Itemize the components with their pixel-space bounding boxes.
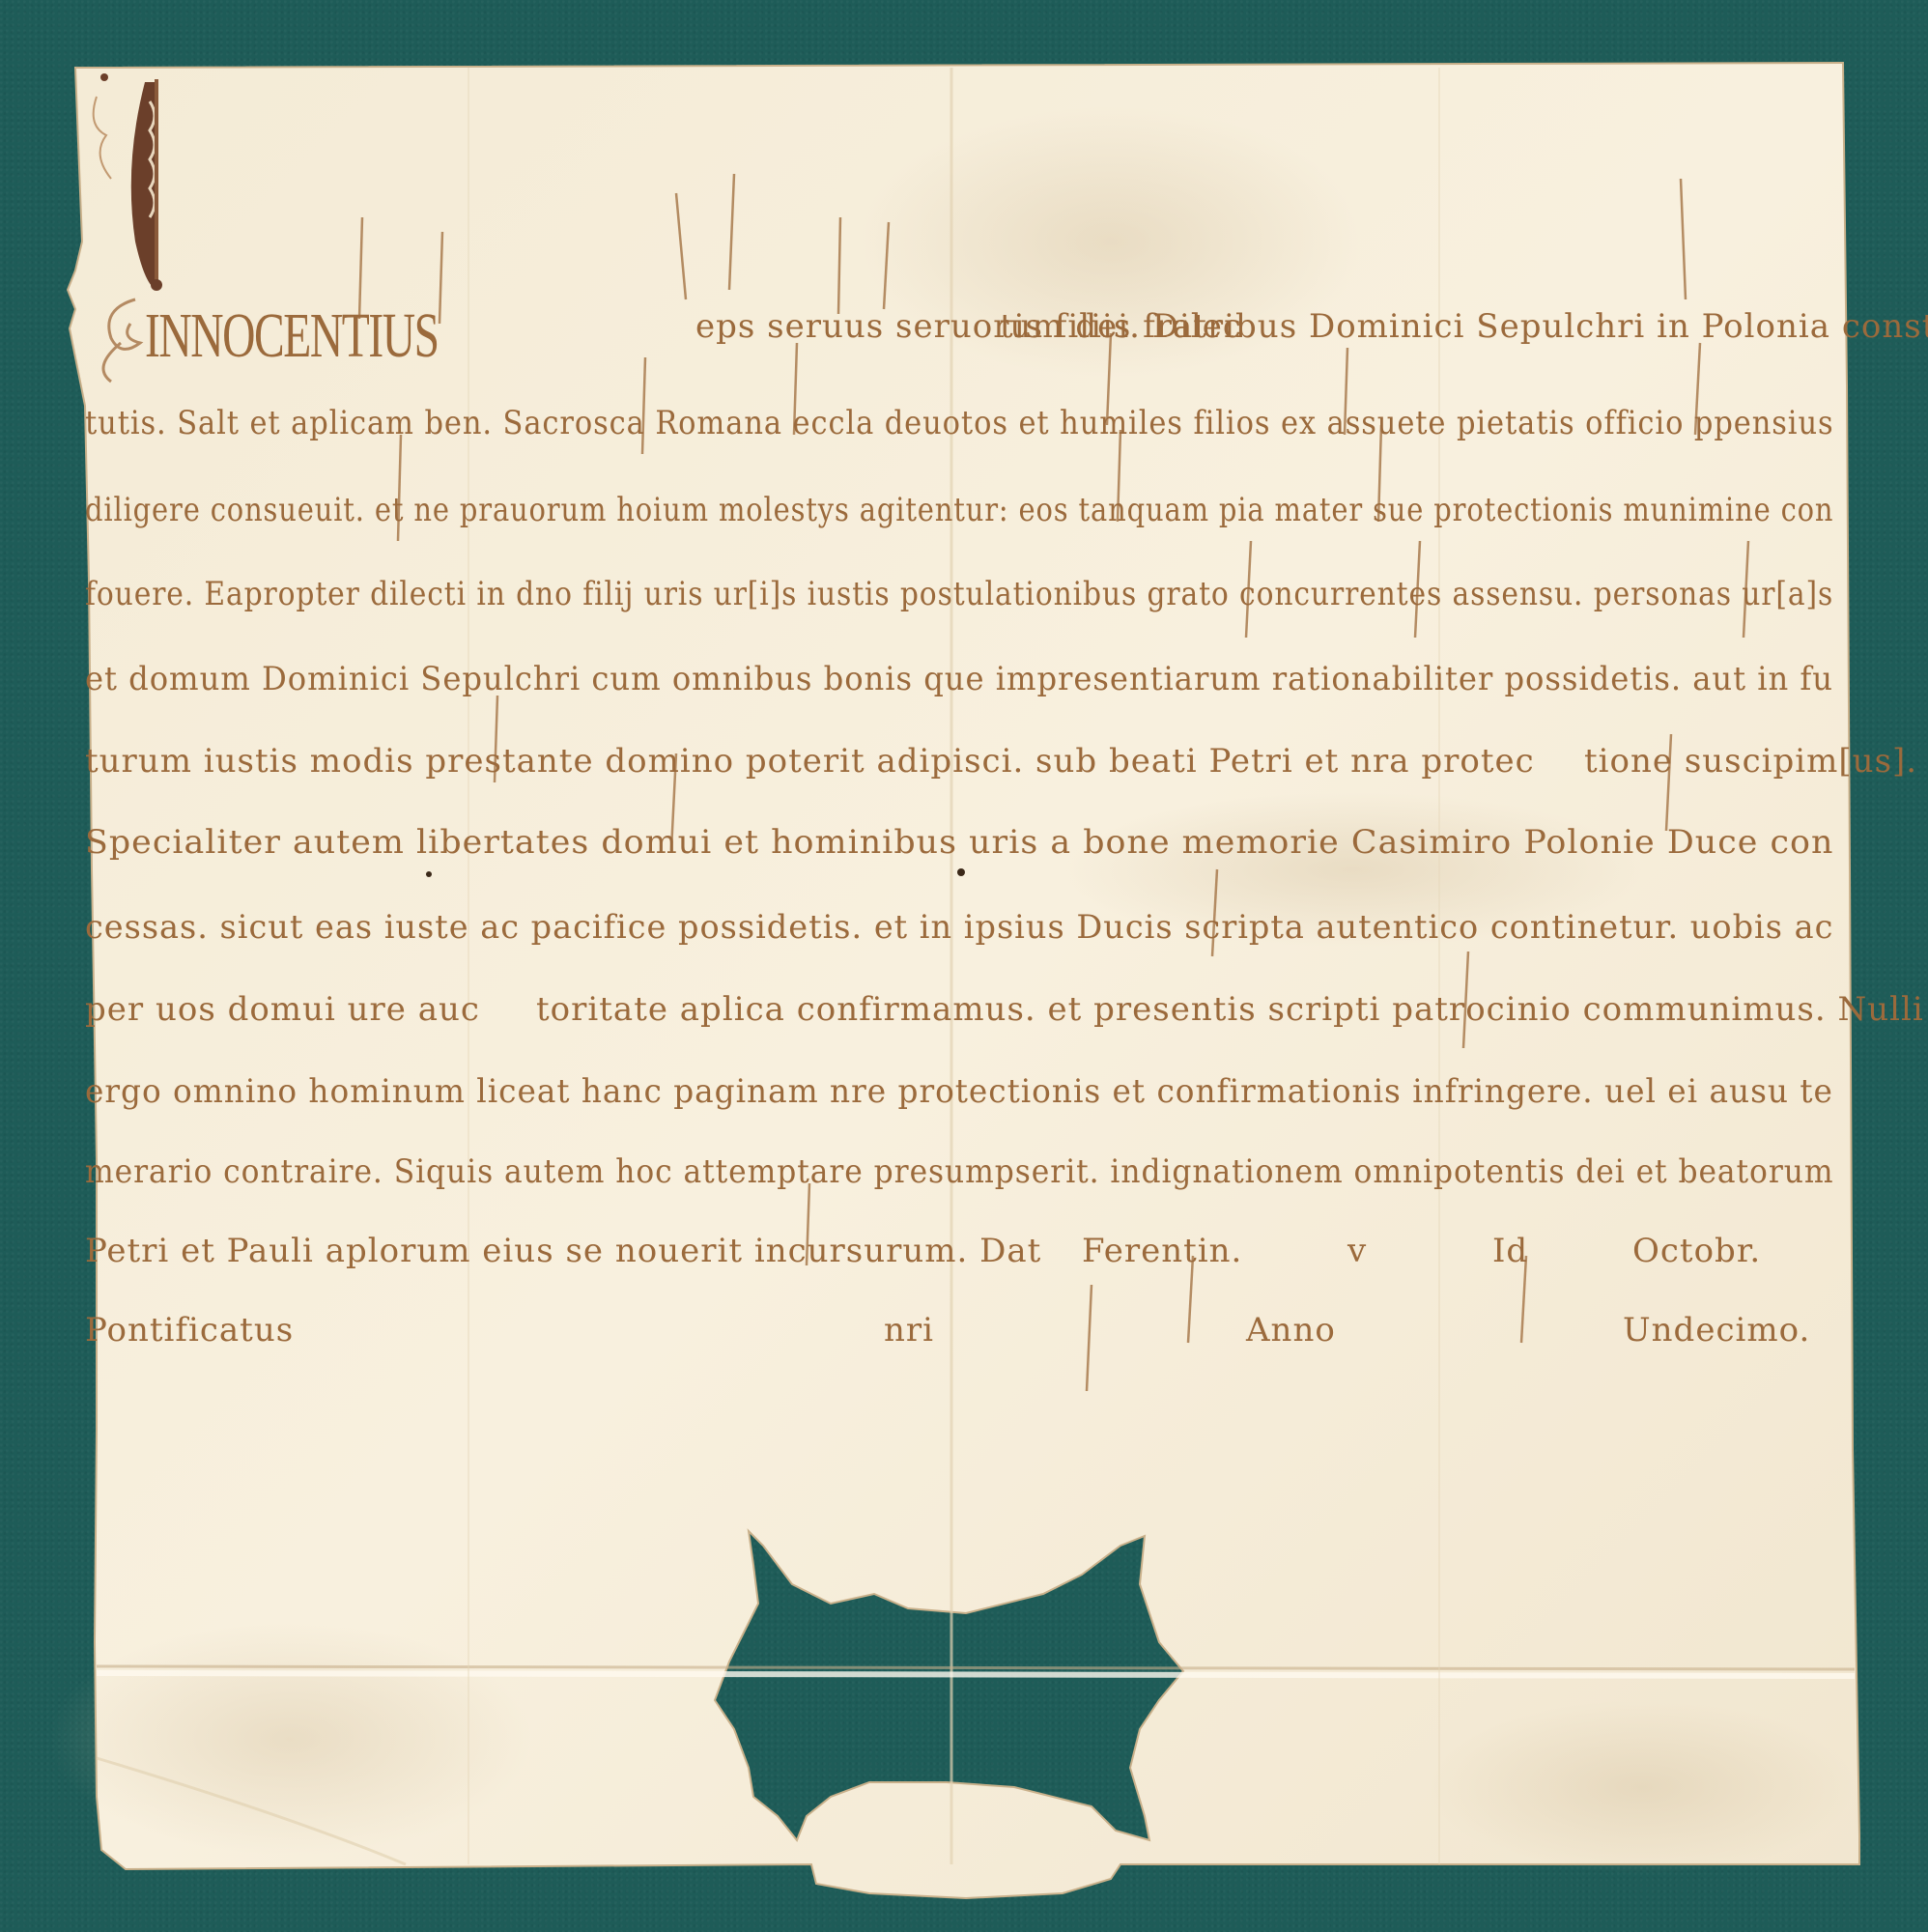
text-segment: tis filiis fratribus Dominici Sepulchri … [1000, 307, 1928, 346]
text-segment: tione suscipim[us]. [1584, 742, 1917, 781]
text-segment: Id [1492, 1232, 1528, 1270]
text-segment: et domum Dominici Sepulchri cum omnibus … [85, 660, 1833, 698]
text-segment: fouere. Eapropter dilecti in dno filij u… [85, 575, 1833, 613]
text-segment: per uos domui ure auc [85, 990, 480, 1029]
text-segment: v [1347, 1232, 1367, 1270]
text-segment: cessas. sicut eas iuste ac pacifice poss… [85, 908, 1833, 947]
text-segment: diligere consueuit. et ne prauorum hoium… [85, 491, 1833, 529]
text-segment: Specialiter autem libertates domui et ho… [85, 823, 1833, 862]
document-photo: INNOCENTIUS eps seruus seruorum dei. Dil… [0, 0, 1928, 1932]
text-segment: Undecimo. [1623, 1311, 1810, 1350]
text-segment: Pontificatus [85, 1311, 294, 1350]
text-segment: ergo omnino hominum liceat hanc paginam … [85, 1072, 1833, 1111]
text-segment: Octobr. [1632, 1232, 1761, 1270]
text-segment: Anno [1246, 1311, 1336, 1350]
text-segment: Ferentin. [1082, 1232, 1242, 1270]
text-segment: nri [884, 1311, 934, 1350]
text-segment: tutis. Salt et aplicam ben. Sacrosca Rom… [85, 404, 1834, 442]
document-text: eps seruus seruorum dei. Dilec tis filii… [0, 0, 1928, 1932]
text-segment: Petri et Pauli aplorum eius se nouerit i… [85, 1232, 1041, 1270]
text-segment: toritate aplica confirmamus. et presenti… [536, 990, 1924, 1029]
text-segment: merario contraire. Siquis autem hoc atte… [85, 1152, 1834, 1191]
text-segment: turum iustis modis prestante domino pote… [85, 742, 1535, 781]
